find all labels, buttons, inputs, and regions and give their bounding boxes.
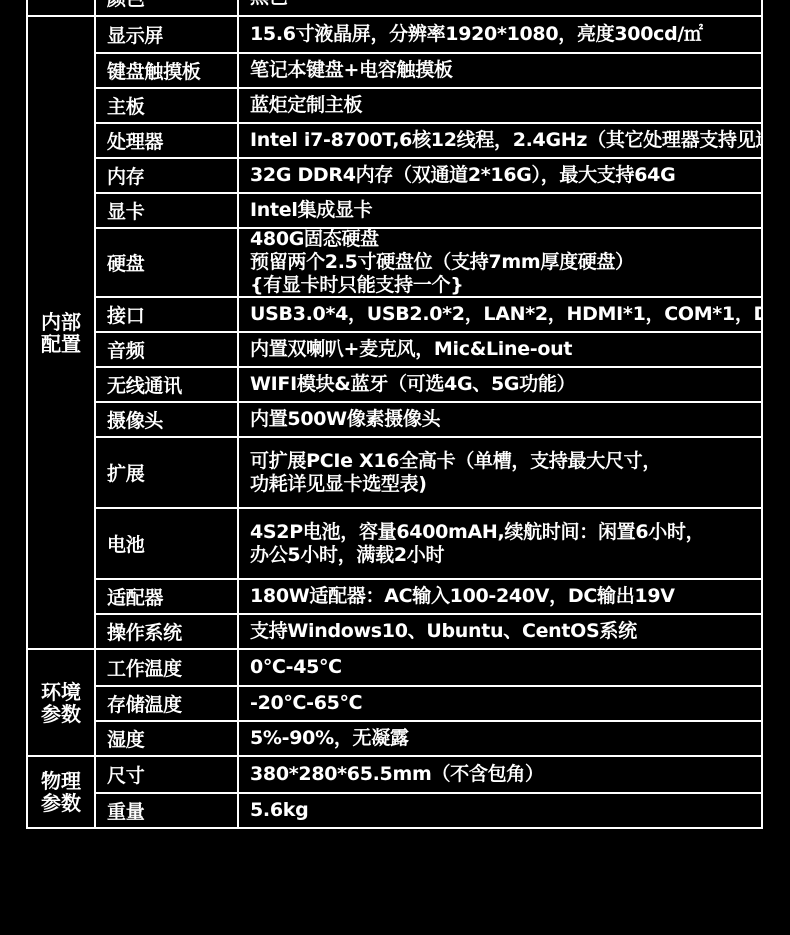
- spec-row-motherboard: 主板蓝炬定制主板: [96, 87, 761, 122]
- spec-label-motherboard: 主板: [96, 89, 239, 122]
- spec-label-expansion: 扩展: [96, 438, 239, 507]
- spec-row-adapter: 适配器180W适配器：AC输入100-240V，DC输出19V: [96, 578, 761, 613]
- value-line: 180W适配器：AC输入100-240V，DC输出19V: [250, 585, 761, 608]
- spec-label-dimensions: 尺寸: [96, 757, 239, 792]
- value-line: 支持Windows10、Ubuntu、CentOS系统: [250, 620, 761, 643]
- spec-row-cpu: 处理器Intel i7-8700T,6核12线程，2.4GHz（其它处理器支持见…: [96, 122, 761, 157]
- spec-row-os: 操作系统支持Windows10、Ubuntu、CentOS系统: [96, 613, 761, 648]
- value-line: 32G DDR4内存（双通道2*16G），最大支持64G: [250, 164, 761, 187]
- group-label-line: 参数: [41, 792, 81, 814]
- rows-physical-params: 尺寸380*280*65.5mm（不含包角）重量5.6kg: [96, 757, 761, 827]
- spec-label-humidity: 湿度: [96, 722, 239, 755]
- value-line: 内置双喇叭+麦克风，Mic&Line-out: [250, 338, 761, 361]
- spec-value-audio: 内置双喇叭+麦克风，Mic&Line-out: [239, 333, 761, 366]
- spec-value-display: 15.6寸液晶屏，分辨率1920*1080，亮度300cd/㎡: [239, 17, 761, 52]
- spec-table: 颜色黑色内部配置显示屏15.6寸液晶屏，分辨率1920*1080，亮度300cd…: [26, 0, 763, 829]
- section-physical-params: 物理参数尺寸380*280*65.5mm（不含包角）重量5.6kg: [28, 755, 761, 827]
- spec-label-cpu: 处理器: [96, 124, 239, 157]
- spec-label-gpu: 显卡: [96, 194, 239, 227]
- spec-value-keyboard-touchpad: 笔记本键盘+电容触摸板: [239, 54, 761, 87]
- spec-value-gpu: Intel集成显卡: [239, 194, 761, 227]
- section-environment-params: 环境参数工作温度0℃-45℃存储温度-20℃-65℃湿度5%-90%，无凝露: [28, 648, 761, 755]
- spec-row-storage: 硬盘480G固态硬盘预留两个2.5寸硬盘位（支持7mm厚度硬盘）{有显卡时只能支…: [96, 227, 761, 296]
- value-line: 办公5小时，满载2小时: [250, 544, 761, 567]
- spec-label-storage: 硬盘: [96, 229, 239, 296]
- group-cell-physical-params: 物理参数: [28, 757, 96, 827]
- value-line: 内置500W像素摄像头: [250, 408, 761, 431]
- spec-row-camera: 摄像头内置500W像素摄像头: [96, 401, 761, 436]
- spec-label-audio: 音频: [96, 333, 239, 366]
- value-line: 4S2P电池，容量6400mAH,续航时间：闲置6小时，: [250, 521, 761, 544]
- spec-label-camera: 摄像头: [96, 403, 239, 436]
- value-line: 380*280*65.5mm（不含包角）: [250, 763, 761, 786]
- group-cell-environment-params: 环境参数: [28, 650, 96, 755]
- spec-row-storage-temp: 存储温度-20℃-65℃: [96, 685, 761, 720]
- group-label-line: 内部: [41, 311, 81, 333]
- spec-label-storage-temp: 存储温度: [96, 687, 239, 720]
- spec-row-keyboard-touchpad: 键盘触摸板笔记本键盘+电容触摸板: [96, 52, 761, 87]
- spec-row-expansion: 扩展可扩展PCIe X16全高卡（单槽，支持最大尺寸，功耗详见显卡选型表): [96, 436, 761, 507]
- group-label-line: 环境: [41, 681, 81, 703]
- value-line: 5%-90%，无凝露: [250, 727, 761, 750]
- spec-value-weight: 5.6kg: [239, 794, 761, 827]
- spec-label-wireless: 无线通讯: [96, 368, 239, 401]
- value-line: 黑色: [250, 0, 761, 9]
- value-line: 预留两个2.5寸硬盘位（支持7mm厚度硬盘）: [250, 251, 761, 274]
- spec-label-operating-temp: 工作温度: [96, 650, 239, 685]
- spec-label-adapter: 适配器: [96, 580, 239, 613]
- spec-value-cpu: Intel i7-8700T,6核12线程，2.4GHz（其它处理器支持见选型表…: [239, 124, 761, 157]
- spec-row-battery: 电池4S2P电池，容量6400mAH,续航时间：闲置6小时，办公5小时，满载2小…: [96, 507, 761, 578]
- group-cell-empty: [28, 0, 96, 15]
- spec-row-humidity: 湿度5%-90%，无凝露: [96, 720, 761, 755]
- spec-row-wireless: 无线通讯WIFI模块&蓝牙（可选4G、5G功能）: [96, 366, 761, 401]
- spec-row-display: 显示屏15.6寸液晶屏，分辨率1920*1080，亮度300cd/㎡: [96, 17, 761, 52]
- spec-value-dimensions: 380*280*65.5mm（不含包角）: [239, 757, 761, 792]
- spec-value-operating-temp: 0℃-45℃: [239, 650, 761, 685]
- value-line: 笔记本键盘+电容触摸板: [250, 59, 761, 82]
- spec-value-camera: 内置500W像素摄像头: [239, 403, 761, 436]
- spec-label-keyboard-touchpad: 键盘触摸板: [96, 54, 239, 87]
- value-line: 0℃-45℃: [250, 656, 761, 679]
- spec-row-weight: 重量5.6kg: [96, 792, 761, 827]
- value-line: 蓝炬定制主板: [250, 94, 761, 117]
- value-line: -20℃-65℃: [250, 692, 761, 715]
- spec-label-color: 颜色: [96, 0, 239, 15]
- section-top-partial: 颜色黑色: [28, 0, 761, 15]
- group-label-line: 物理: [41, 770, 81, 792]
- value-line: 480G固态硬盘: [250, 229, 761, 251]
- value-line: USB3.0*4，USB2.0*2，LAN*2，HDMI*1，COM*1，DC …: [250, 303, 761, 326]
- spec-row-ports: 接口USB3.0*4，USB2.0*2，LAN*2，HDMI*1，COM*1，D…: [96, 296, 761, 331]
- spec-label-ports: 接口: [96, 298, 239, 331]
- spec-value-humidity: 5%-90%，无凝露: [239, 722, 761, 755]
- spec-value-storage-temp: -20℃-65℃: [239, 687, 761, 720]
- spec-value-adapter: 180W适配器：AC输入100-240V，DC输出19V: [239, 580, 761, 613]
- spec-value-ports: USB3.0*4，USB2.0*2，LAN*2，HDMI*1，COM*1，DC …: [239, 298, 761, 331]
- group-label-line: 配置: [41, 333, 81, 355]
- spec-row-color: 颜色黑色: [96, 0, 761, 15]
- spec-value-os: 支持Windows10、Ubuntu、CentOS系统: [239, 615, 761, 648]
- spec-row-audio: 音频内置双喇叭+麦克风，Mic&Line-out: [96, 331, 761, 366]
- value-line: 可扩展PCIe X16全高卡（单槽，支持最大尺寸，: [250, 450, 761, 473]
- spec-label-weight: 重量: [96, 794, 239, 827]
- spec-row-memory: 内存32G DDR4内存（双通道2*16G），最大支持64G: [96, 157, 761, 192]
- spec-row-gpu: 显卡Intel集成显卡: [96, 192, 761, 227]
- value-line: 15.6寸液晶屏，分辨率1920*1080，亮度300cd/㎡: [250, 23, 761, 46]
- rows-environment-params: 工作温度0℃-45℃存储温度-20℃-65℃湿度5%-90%，无凝露: [96, 650, 761, 755]
- group-label-line: 参数: [41, 703, 81, 725]
- value-line: WIFI模块&蓝牙（可选4G、5G功能）: [250, 373, 761, 396]
- spec-value-battery: 4S2P电池，容量6400mAH,续航时间：闲置6小时，办公5小时，满载2小时: [239, 509, 761, 578]
- spec-value-motherboard: 蓝炬定制主板: [239, 89, 761, 122]
- group-cell-internal-config: 内部配置: [28, 17, 96, 648]
- spec-label-os: 操作系统: [96, 615, 239, 648]
- rows-internal-config: 显示屏15.6寸液晶屏，分辨率1920*1080，亮度300cd/㎡键盘触摸板笔…: [96, 17, 761, 648]
- section-internal-config: 内部配置显示屏15.6寸液晶屏，分辨率1920*1080，亮度300cd/㎡键盘…: [28, 15, 761, 648]
- spec-row-dimensions: 尺寸380*280*65.5mm（不含包角）: [96, 757, 761, 792]
- spec-label-battery: 电池: [96, 509, 239, 578]
- value-line: {有显卡时只能支持一个}: [250, 274, 761, 296]
- spec-value-wireless: WIFI模块&蓝牙（可选4G、5G功能）: [239, 368, 761, 401]
- spec-value-memory: 32G DDR4内存（双通道2*16G），最大支持64G: [239, 159, 761, 192]
- spec-row-operating-temp: 工作温度0℃-45℃: [96, 650, 761, 685]
- spec-value-storage: 480G固态硬盘预留两个2.5寸硬盘位（支持7mm厚度硬盘）{有显卡时只能支持一…: [239, 229, 761, 296]
- value-line: Intel集成显卡: [250, 199, 761, 222]
- spec-value-expansion: 可扩展PCIe X16全高卡（单槽，支持最大尺寸，功耗详见显卡选型表): [239, 438, 761, 507]
- value-line: 5.6kg: [250, 799, 761, 822]
- value-line: Intel i7-8700T,6核12线程，2.4GHz（其它处理器支持见选型表…: [250, 129, 761, 152]
- value-line: 功耗详见显卡选型表): [250, 473, 761, 496]
- spec-label-memory: 内存: [96, 159, 239, 192]
- spec-label-display: 显示屏: [96, 17, 239, 52]
- rows-top-partial: 颜色黑色: [96, 0, 761, 15]
- spec-value-color: 黑色: [239, 0, 761, 15]
